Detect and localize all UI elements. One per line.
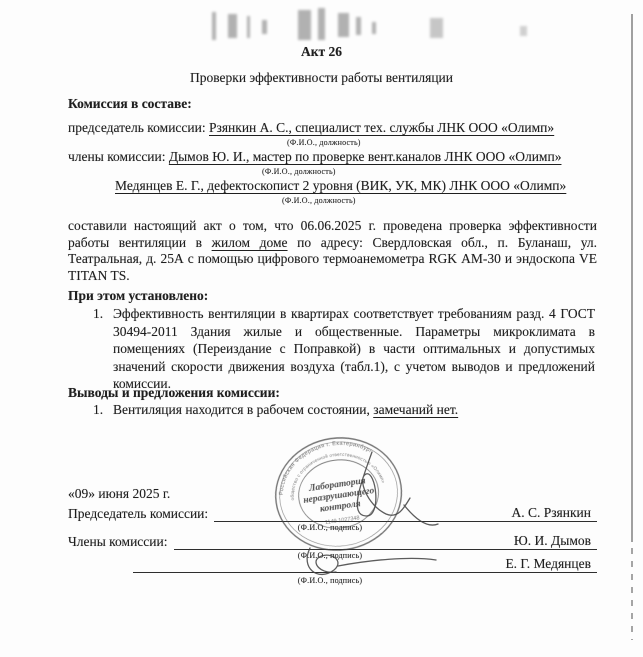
scan-artifact <box>247 16 250 38</box>
conclusions-item-text: Вентиляция находится в рабочем состоянии… <box>113 401 458 419</box>
paragraph-underlined-text: жилом доме <box>212 235 288 250</box>
scan-artifact <box>262 20 267 34</box>
fio-position-caption: (Ф.И.О., должность) <box>262 167 336 176</box>
scan-artifact <box>212 12 216 40</box>
page-title: Акт 26 <box>0 44 643 60</box>
fio-position-caption: (Ф.И.О., должность) <box>282 196 356 205</box>
fio-position-caption: (Ф.И.О., должность) <box>287 138 361 147</box>
conclusions-heading: Выводы и предложения комиссии: <box>68 385 280 401</box>
findings-heading: При этом установлено: <box>68 288 208 304</box>
list-number: 1. <box>93 305 113 393</box>
signature-marks <box>240 430 450 600</box>
conclusions-underlined-text: замечаний нет. <box>373 402 458 417</box>
scan-edge-line-dashed <box>631 548 633 640</box>
signature-chairman-label: Председатель комиссии: <box>68 506 214 522</box>
member-signature-tail <box>338 558 436 566</box>
scan-artifact <box>318 8 325 40</box>
signature-members-label: Члены комиссии: <box>68 534 174 550</box>
commission-members-row: члены комиссии: Дымов Ю. И., мастер по п… <box>68 149 561 165</box>
act-date: «09» июня 2025 г. <box>68 486 170 502</box>
scan-artifact <box>356 17 361 35</box>
chairman-value: Рзянкин А. С., специалист тех. службы ЛН… <box>209 120 554 135</box>
scan-edge-line <box>631 14 633 542</box>
member1-value: Дымов Ю. И., мастер по проверке вент.кан… <box>169 149 562 164</box>
scan-artifact <box>228 14 237 38</box>
members-label: члены комиссии: <box>68 149 166 164</box>
findings-item-text: Эффективность вентиляции в квартирах соо… <box>113 305 595 393</box>
document-page: Акт 26 Проверки эффективности работы вен… <box>0 0 643 657</box>
chairman-label: председатель комиссии: <box>68 120 206 135</box>
signature-chairman-name: А. С. Рзянкин <box>511 505 591 520</box>
list-number: 1. <box>93 401 113 419</box>
chairman-signature-tail <box>404 505 438 525</box>
conclusions-item-1: 1. Вентиляция находится в рабочем состоя… <box>93 401 597 419</box>
findings-item-1: 1. Эффективность вентиляции в квартирах … <box>93 305 597 393</box>
page-subtitle: Проверки эффективности работы вентиляции <box>0 70 643 86</box>
member2-value: Медянцев Е. Г., дефектоскопист 2 уровня … <box>115 178 566 193</box>
act-body-paragraph: составили настоящий акт о том, что 06.06… <box>68 218 597 284</box>
member-signature-mark <box>307 548 338 574</box>
commission-member2-row: Медянцев Е. Г., дефектоскопист 2 уровня … <box>115 178 566 194</box>
signature-member2-name: Е. Г. Медянцев <box>505 556 591 571</box>
commission-heading: Комиссия в составе: <box>68 96 192 112</box>
scan-artifact <box>520 26 527 36</box>
chairman-signature-mark <box>357 452 410 516</box>
scan-artifact <box>430 18 443 38</box>
signature-member1-name: Ю. И. Дымов <box>514 533 591 548</box>
scan-artifact <box>372 22 376 34</box>
commission-chairman-row: председатель комиссии: Рзянкин А. С., сп… <box>68 120 554 136</box>
scan-artifact <box>338 13 349 37</box>
scan-artifact <box>298 10 311 40</box>
